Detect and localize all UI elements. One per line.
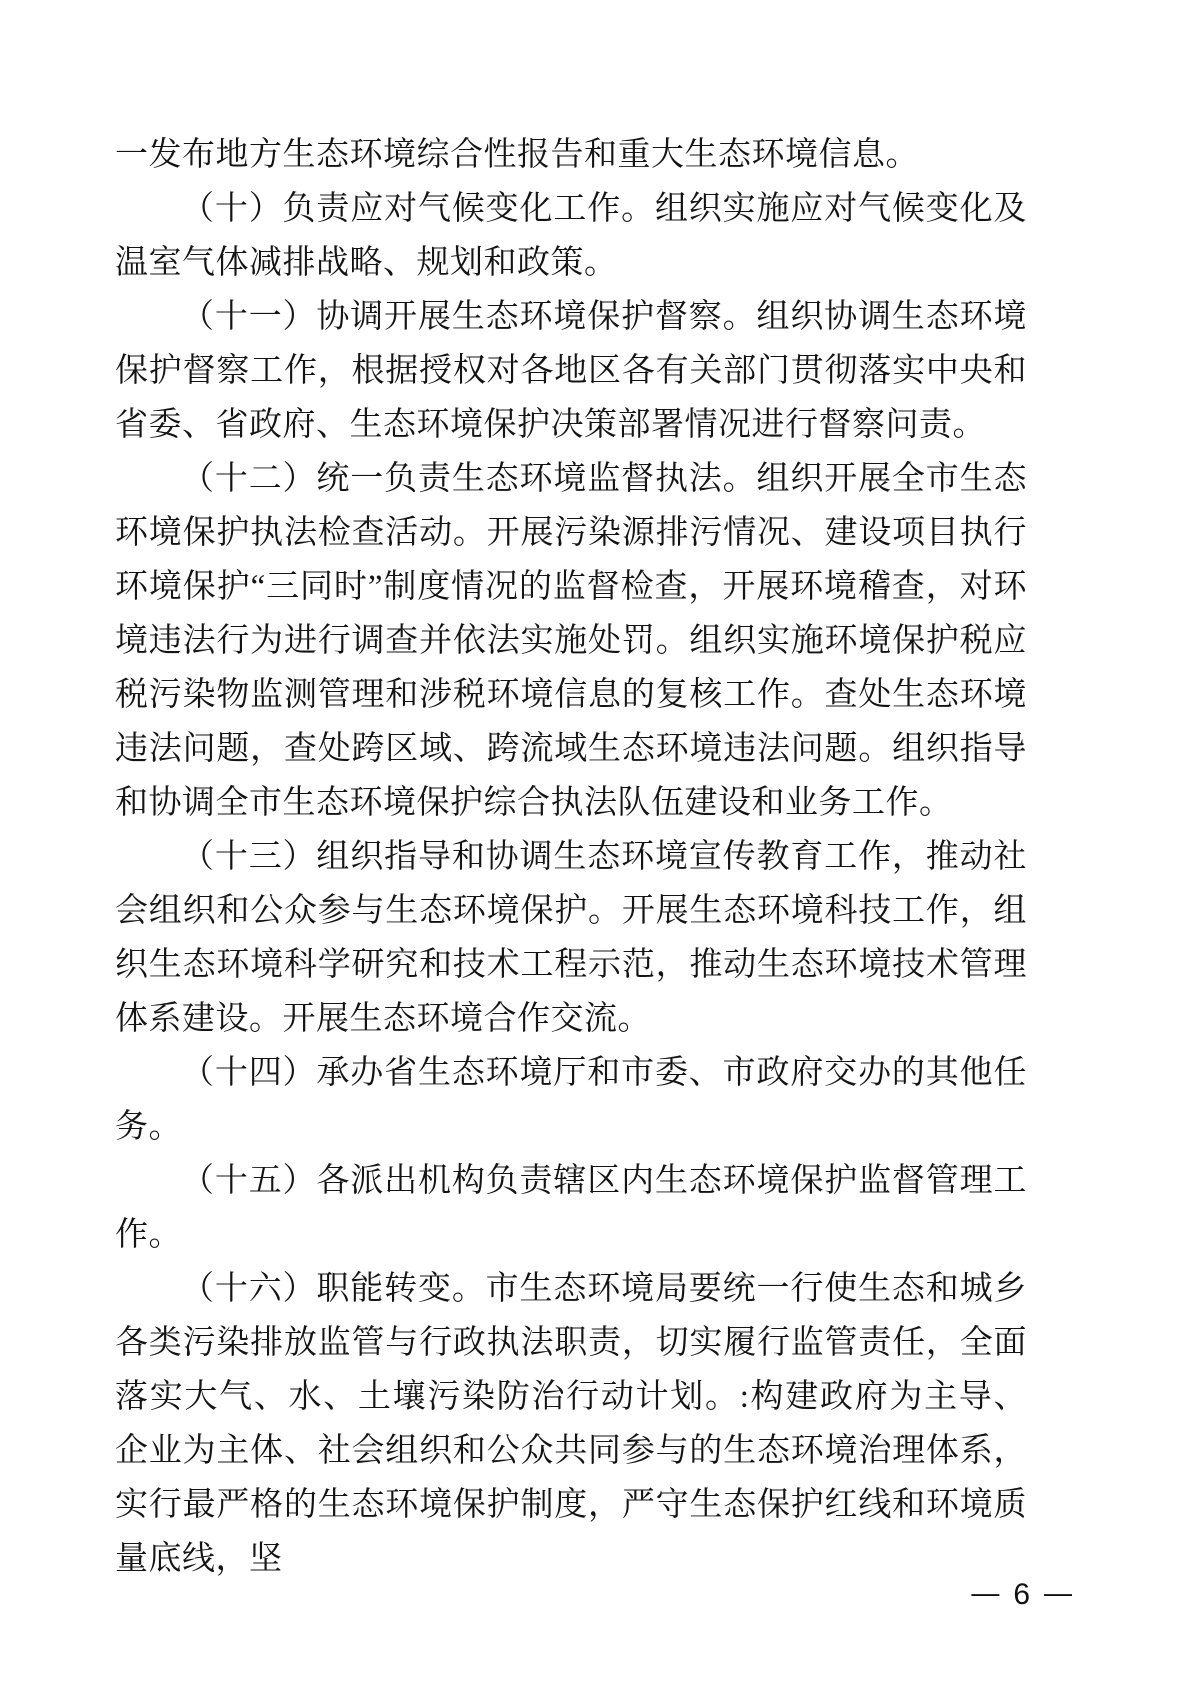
paragraph: 一发布地方生态环境综合性报告和重大生态环境信息。 [115,128,1027,182]
paragraph: （十五）各派出机构负责辖区内生态环境保护监督管理工作。 [115,1154,1027,1262]
page-footer: — 6 — [971,1578,1072,1612]
paragraph: （十三）组织指导和协调生态环境宣传教育工作，推动社会组织和公众参与生态环境保护。… [115,830,1027,1046]
paragraph: （十六）职能转变。市生态环境局要统一行使生态和城乡各类污染排放监管与行政执法职责… [115,1262,1027,1586]
document-body: 一发布地方生态环境综合性报告和重大生态环境信息。（十）负责应对气候变化工作。组织… [115,128,1027,1586]
document-page: 一发布地方生态环境综合性报告和重大生态环境信息。（十）负责应对气候变化工作。组织… [0,0,1190,1683]
footer-left-dash: — [971,1577,999,1609]
paragraph: （十四）承办省生态环境厅和市委、市政府交办的其他任务。 [115,1046,1027,1154]
paragraph: （十一）协调开展生态环境保护督察。组织协调生态环境保护督察工作，根据授权对各地区… [115,290,1027,452]
footer-right-dash: — [1044,1577,1072,1609]
page-number: 6 [1013,1578,1030,1612]
paragraph: （十二）统一负责生态环境监督执法。组织开展全市生态环境保护执法检查活动。开展污染… [115,452,1027,830]
paragraph: （十）负责应对气候变化工作。组织实施应对气候变化及温室气体减排战略、规划和政策。 [115,182,1027,290]
